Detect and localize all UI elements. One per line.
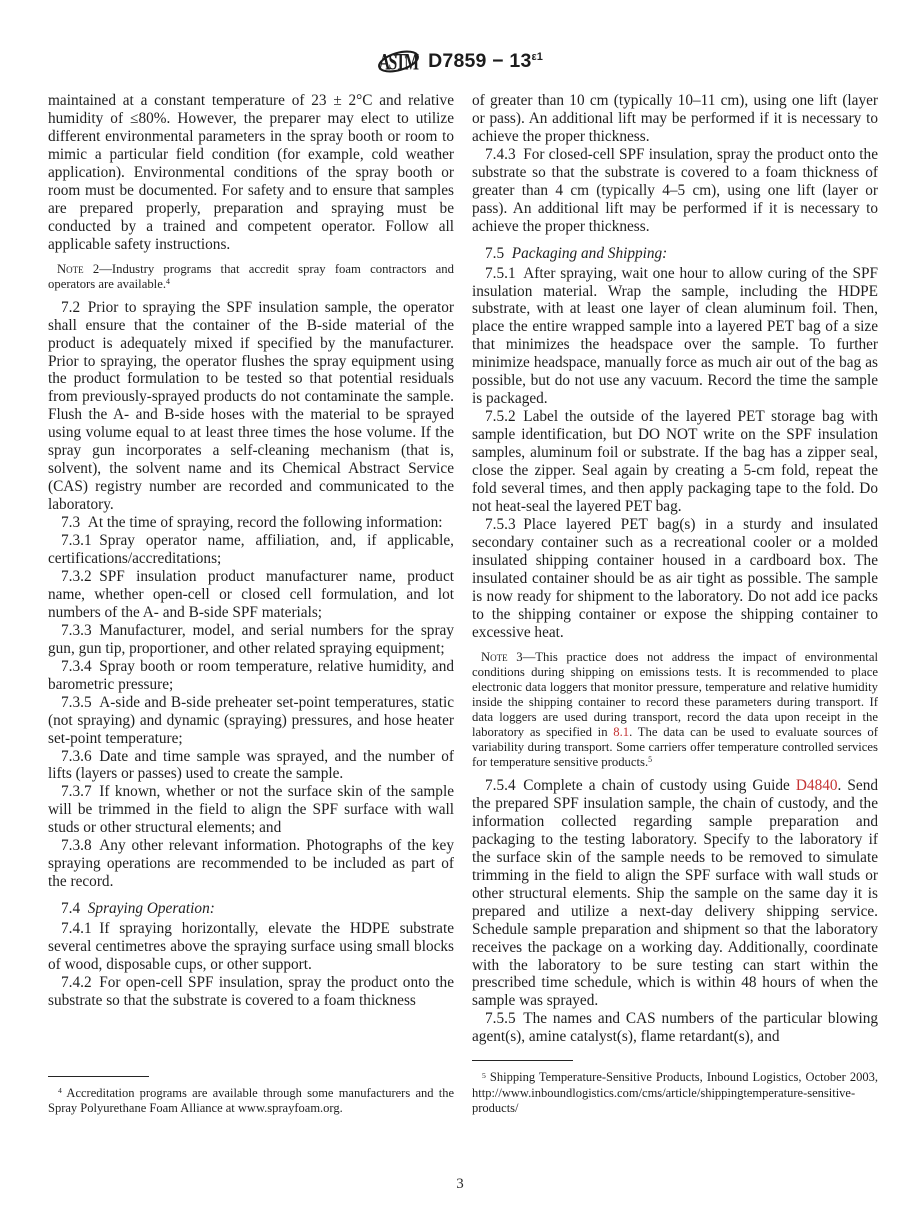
designation-text: D7859 − 13 (428, 50, 531, 72)
text-run: 7.5.3 Place layered PET bag(s) in a stur… (472, 516, 878, 641)
text-run: 7.5.5 The names and CAS numbers of the p… (472, 1010, 878, 1045)
text-run: 7.3.3 Manufacturer, model, and serial nu… (48, 622, 454, 657)
text-run: maintained at a constant temperature of … (48, 92, 454, 253)
text-run: 7.4.3 For closed-cell SPF insulation, sp… (472, 146, 878, 235)
text-run: Spraying Operation: (88, 900, 215, 917)
paragraph: 7.3.4 Spray booth or room temperature, r… (48, 658, 454, 694)
astm-logo-icon: ASTM (377, 46, 420, 77)
paragraph: 7.5.2 Label the outside of the layered P… (472, 408, 878, 516)
paragraph: 7.4.1 If spraying horizontally, elevate … (48, 920, 454, 974)
footnote-marker: 5 (648, 755, 652, 764)
text-run: 7.3.8 Any other relevant information. Ph… (48, 837, 454, 890)
footnote-marker: 4 (58, 1086, 62, 1095)
text-run: 7.3.2 SPF insulation product manufacture… (48, 568, 454, 621)
cross-reference-link[interactable]: 8.1 (613, 725, 629, 739)
text-run: 7.3.4 Spray booth or room temperature, r… (48, 658, 454, 693)
footnote: 5 Shipping Temperature-Sensitive Product… (472, 1060, 878, 1116)
text-run: of greater than 10 cm (typically 10–11 c… (472, 92, 878, 145)
text-run: 7.5 (485, 245, 512, 262)
paragraph: 7.5.5 The names and CAS numbers of the p… (472, 1010, 878, 1046)
paragraph: 7.3.6 Date and time sample was sprayed, … (48, 748, 454, 784)
paragraph: 7.3.1 Spray operator name, affiliation, … (48, 532, 454, 568)
footnote-text: Shipping Temperature-Sensitive Products,… (472, 1070, 878, 1114)
edition-superscript: ε1 (532, 51, 543, 63)
footnote-paragraph: 4 Accreditation programs are available t… (48, 1086, 454, 1116)
text-run: 7.5.4 Complete a chain of custody using … (485, 777, 796, 794)
paragraph: 7.2 Prior to spraying the SPF insulation… (48, 299, 454, 514)
text-run: 7.3.7 If known, whether or not the surfa… (48, 783, 454, 836)
note-paragraph: Note 3—This practice does not address th… (472, 650, 878, 770)
paragraph: 7.3.5 A-side and B-side preheater set-po… (48, 694, 454, 748)
footnote-rule (472, 1060, 573, 1061)
text-run: Note (481, 650, 508, 664)
text-run: Packaging and Shipping: (512, 245, 668, 262)
paragraph: 7.5.1 After spraying, wait one hour to a… (472, 265, 878, 409)
paragraph: maintained at a constant temperature of … (48, 92, 454, 254)
section-heading: 7.5 Packaging and Shipping: (472, 245, 878, 263)
footnote: 4 Accreditation programs are available t… (48, 1076, 454, 1116)
text-run: 7.4.1 If spraying horizontally, elevate … (48, 920, 454, 973)
text-run: 7.3.1 Spray operator name, affiliation, … (48, 532, 454, 567)
cross-reference-link[interactable]: D4840 (796, 777, 838, 794)
text-run: Note (57, 262, 84, 276)
document-page: ASTM D7859 − 13ε1 maintained at a consta… (0, 0, 920, 1232)
footnote-marker: 5 (482, 1071, 486, 1080)
paragraph: 7.5.4 Complete a chain of custody using … (472, 777, 878, 1010)
footnote-marker: 4 (166, 277, 170, 286)
footnote-text: Accreditation programs are available thr… (48, 1086, 454, 1115)
note-paragraph: Note 2—Industry programs that accredit s… (48, 262, 454, 292)
text-run: 7.5.1 After spraying, wait one hour to a… (472, 265, 878, 408)
text-run: 7.4 (61, 900, 88, 917)
page-number: 3 (0, 1176, 920, 1193)
text-run: 7.3.5 A-side and B-side preheater set-po… (48, 694, 454, 747)
paragraph: 7.4.2 For open-cell SPF insulation, spra… (48, 974, 454, 1010)
text-run: . Send the prepared SPF insulation sampl… (472, 777, 878, 1009)
page-header: ASTM D7859 − 13ε1 (0, 46, 920, 77)
paragraph: 7.3.2 SPF insulation product manufacture… (48, 568, 454, 622)
paragraph: 7.4.3 For closed-cell SPF insulation, sp… (472, 146, 878, 236)
paragraph: 7.3 At the time of spraying, record the … (48, 514, 454, 532)
section-heading: 7.4 Spraying Operation: (48, 900, 454, 918)
column-left: maintained at a constant temperature of … (48, 92, 454, 1116)
footnote-paragraph: 5 Shipping Temperature-Sensitive Product… (472, 1070, 878, 1116)
footnote-rule (48, 1076, 149, 1077)
paragraph: 7.5.3 Place layered PET bag(s) in a stur… (472, 516, 878, 642)
text-run: 2—Industry programs that accredit spray … (48, 262, 454, 291)
column-right: of greater than 10 cm (typically 10–11 c… (472, 92, 878, 1116)
text-run: 7.5.2 Label the outside of the layered P… (472, 408, 878, 515)
text-run: 7.4.2 For open-cell SPF insulation, spra… (48, 974, 454, 1009)
paragraph: 7.3.3 Manufacturer, model, and serial nu… (48, 622, 454, 658)
paragraph: 7.3.7 If known, whether or not the surfa… (48, 783, 454, 837)
standard-designation: D7859 − 13ε1 (428, 52, 543, 72)
text-run: 7.3.6 Date and time sample was sprayed, … (48, 748, 454, 783)
text-run: 7.2 Prior to spraying the SPF insulation… (48, 299, 454, 513)
paragraph: of greater than 10 cm (typically 10–11 c… (472, 92, 878, 146)
text-columns: maintained at a constant temperature of … (48, 92, 878, 1116)
paragraph: 7.3.8 Any other relevant information. Ph… (48, 837, 454, 891)
text-run: 7.3 At the time of spraying, record the … (61, 514, 443, 531)
